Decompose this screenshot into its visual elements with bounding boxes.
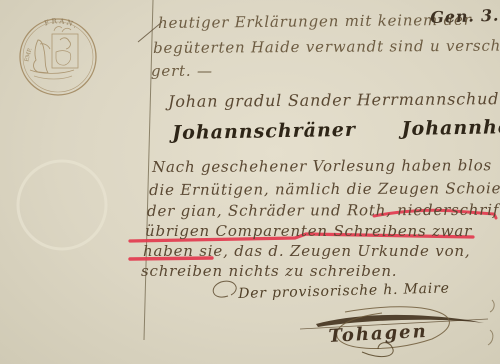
stamp-arc-text: FRAN.	[43, 17, 80, 31]
handwritten-line-11: schreiben nichts zu schreiben.	[141, 262, 397, 280]
svg-text:FRAN.: FRAN.	[43, 17, 80, 31]
handwritten-line-7: die Ernütigen, nämlich die Zeugen Schoie…	[149, 179, 500, 199]
corner-annotation: Gen. 3.	[430, 6, 500, 27]
revenue-stamp-icon: FRAN. EMP.	[20, 17, 96, 95]
handwritten-line-2: begüterten Haide verwandt sind u verschw…	[153, 36, 500, 57]
manuscript-page: FRAN. EMP.	[0, 0, 500, 364]
handwritten-line-3: gert. —	[151, 62, 213, 80]
handwritten-line-10: haben sie, das d. Zeugen Urkunde von,	[143, 242, 470, 260]
handwritten-line-8: der gian, Schräder und Roth, niederschri…	[147, 201, 500, 220]
handwritten-line-6: Nach geschehener Vorlesung haben blos	[152, 156, 492, 176]
embossed-seal	[18, 161, 106, 249]
handwritten-line-9: übrigen Comparenten Schreibens zwar	[145, 222, 472, 240]
handwritten-line-4: Johan gradul Sander Herrmannschudriejum	[168, 89, 500, 111]
page-edge-marks	[488, 300, 494, 345]
stamp-figures	[30, 27, 78, 79]
stamp-side-text: EMP.	[24, 47, 33, 62]
handwritten-line-1: heutiger Erklärungen mit keinem der	[158, 11, 472, 32]
